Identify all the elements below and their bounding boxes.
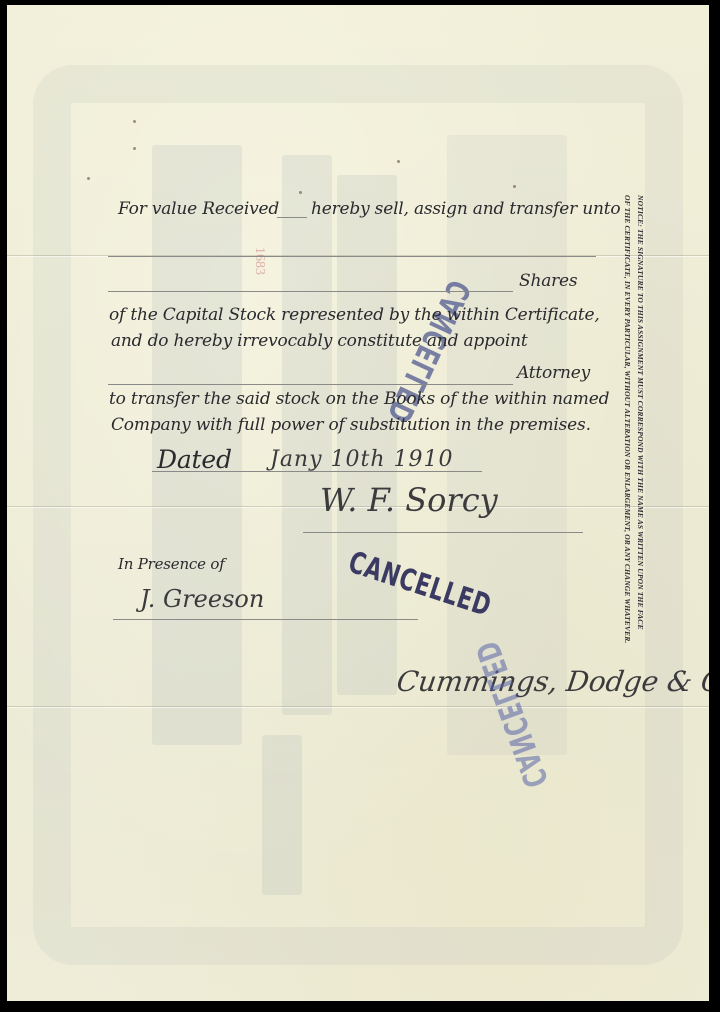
date-line [152, 471, 482, 472]
in-presence-label: In Presence of [118, 555, 225, 573]
ghost-certificate-number: 1683 [251, 247, 267, 275]
fold-line [7, 706, 709, 707]
witness-signature: J. Greeson [140, 585, 264, 613]
witness-line [113, 619, 418, 620]
pin-hole [133, 120, 136, 123]
transfer-books-line: to transfer the said stock on the Books … [109, 389, 609, 409]
firm-signature: Cummings, Dodge & Co [395, 665, 709, 698]
attorney-blank [108, 384, 513, 385]
ghost-denomination [262, 735, 302, 895]
shares-label: Shares [519, 271, 577, 291]
notice-line-2: OF THE CERTIFICATE, IN EVERY PARTICULAR,… [621, 195, 634, 525]
notice-line-1: NOTICE: THE SIGNATURE TO THIS ASSIGNMENT… [634, 195, 647, 525]
irrevocably-line: and do hereby irrevocably constitute and… [111, 331, 527, 351]
shares-blank [108, 291, 513, 292]
pin-hole [87, 177, 90, 180]
pin-hole [397, 160, 400, 163]
ghost-text-band [337, 175, 397, 695]
attorney-label: Attorney [517, 363, 590, 383]
assignee-blank [108, 256, 596, 257]
pin-hole [513, 185, 516, 188]
dated-label: Dated [157, 445, 232, 474]
dated-value: Jany 10th 1910 [270, 447, 454, 472]
pin-hole [133, 147, 136, 150]
sell-assign-transfer: hereby sell, assign and transfer unto [311, 199, 620, 219]
ghost-title-band [282, 155, 332, 715]
substitution-line: Company with full power of substitution … [111, 415, 591, 435]
capital-stock-line: of the Capital Stock represented by the … [109, 305, 600, 325]
assignor-signature: W. F. Sorcy [320, 481, 498, 519]
signature-notice: NOTICE: THE SIGNATURE TO THIS ASSIGNMENT… [603, 195, 647, 525]
assignor-blank [277, 217, 307, 218]
signature-line [303, 532, 583, 533]
for-value-received: For value Received [118, 199, 279, 219]
certificate-back: 1683 CANCELLED For value Received hereby… [7, 5, 709, 1001]
pin-hole [299, 191, 302, 194]
